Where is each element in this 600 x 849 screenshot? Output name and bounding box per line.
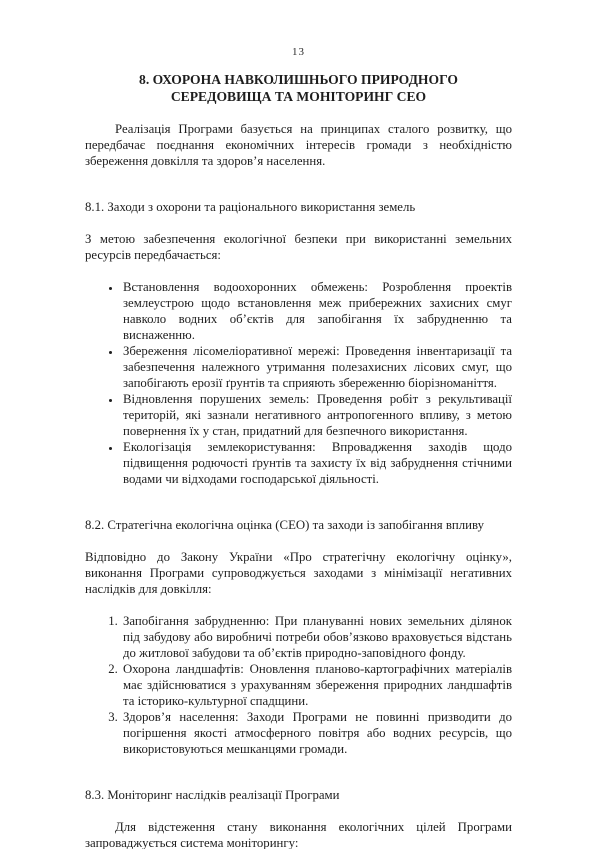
document-page: 13 8. ОХОРОНА НАВКОЛИШНЬОГО ПРИРОДНОГО С…	[0, 0, 600, 849]
page-number: 13	[85, 46, 512, 58]
numbered-item-public-health: Здоров’я населення: Заходи Програми не п…	[121, 709, 512, 757]
document-title: 8. ОХОРОНА НАВКОЛИШНЬОГО ПРИРОДНОГО СЕРЕ…	[85, 71, 512, 105]
section-8-1-lead-paragraph: З метою забезпечення екологічної безпеки…	[85, 231, 512, 263]
section-heading-8-1: 8.1. Заходи з охорони та раціонального в…	[85, 199, 512, 215]
section-heading-8-2: 8.2. Стратегічна екологічна оцінка (СЕО)…	[85, 517, 512, 533]
numbered-item-landscape-protection: Охорона ландшафтів: Оновлення планово-ка…	[121, 661, 512, 709]
section-8-1-bullet-list: Встановлення водоохоронних обмежень: Роз…	[85, 279, 512, 487]
section-8-2-lead-paragraph: Відповідно до Закону України «Про страте…	[85, 549, 512, 597]
section-8-3-lead-paragraph: Для відстеження стану виконання екологіч…	[85, 819, 512, 849]
numbered-item-pollution-prevention: Запобігання забрудненню: При плануванні …	[121, 613, 512, 661]
bullet-item-land-restoration: Відновлення порушених земель: Проведення…	[121, 391, 512, 439]
intro-paragraph: Реалізація Програми базується на принцип…	[85, 121, 512, 169]
section-heading-8-3: 8.3. Моніторинг наслідків реалізації Про…	[85, 787, 512, 803]
bullet-item-forest-network: Збереження лісомеліоративної мережі: Про…	[121, 343, 512, 391]
section-8-2-numbered-list: Запобігання забрудненню: При плануванні …	[85, 613, 512, 757]
bullet-item-water-protection: Встановлення водоохоронних обмежень: Роз…	[121, 279, 512, 343]
bullet-item-land-use-ecology: Екологізація землекористування: Впровадж…	[121, 439, 512, 487]
